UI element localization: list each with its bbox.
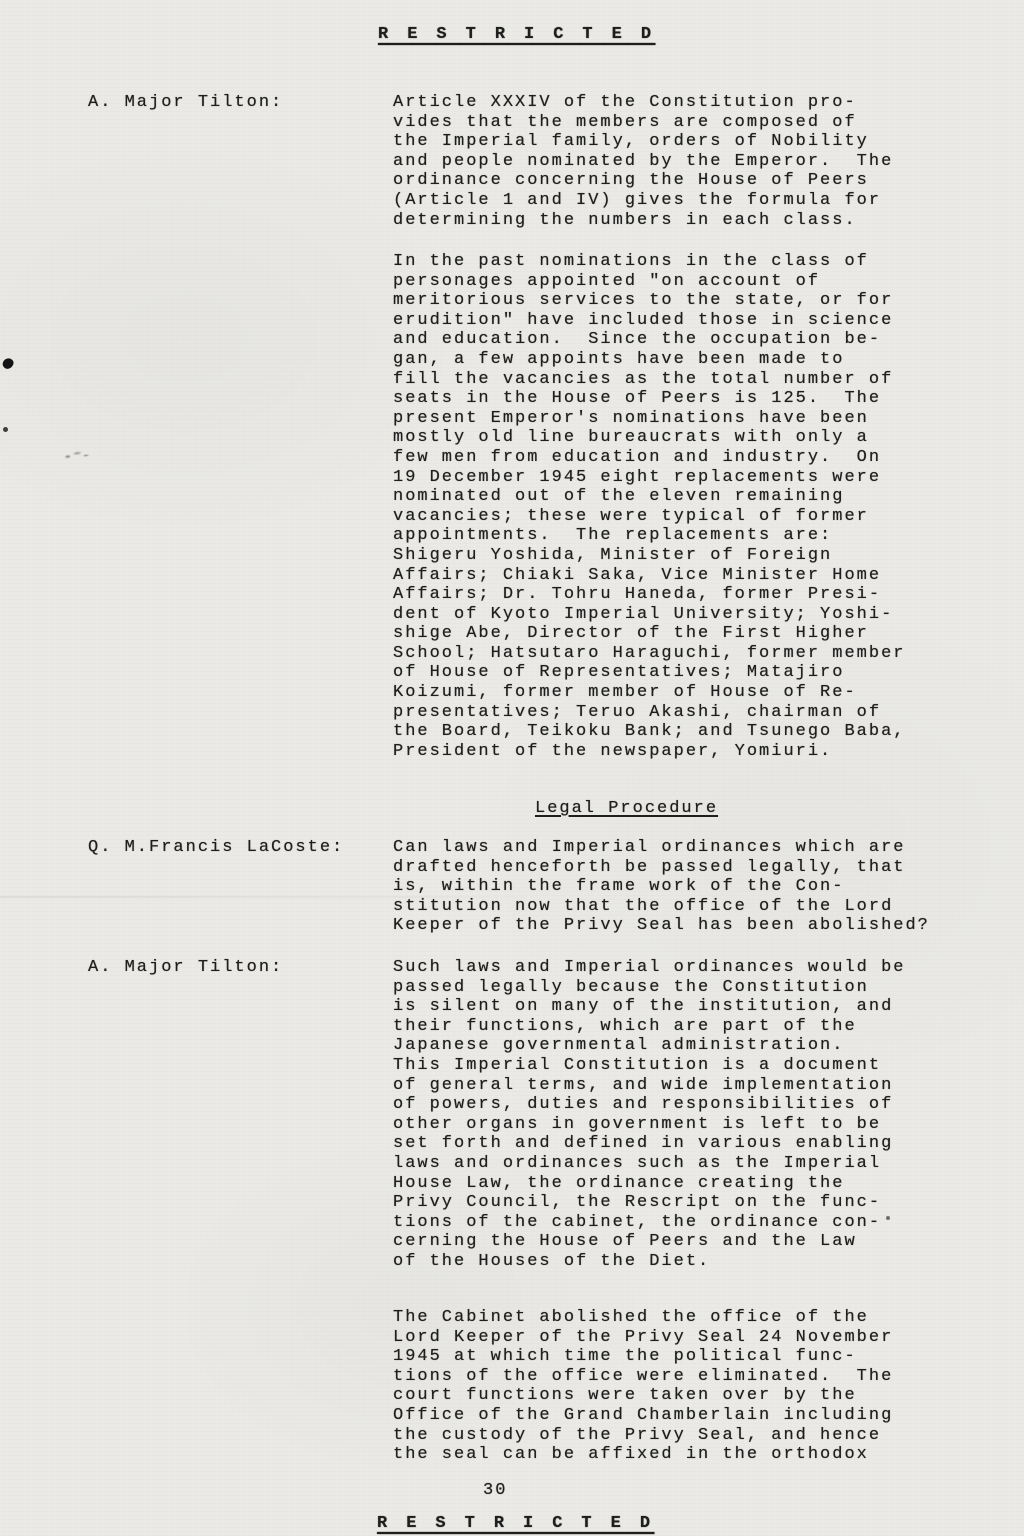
page-number: 30 bbox=[483, 1481, 507, 1501]
pencil-smudge bbox=[61, 447, 90, 461]
answer-paragraph-1: Article XXXIV of the Constitution pro- v… bbox=[393, 93, 938, 230]
answer-paragraph-2: In the past nominations in the class of … bbox=[393, 252, 938, 761]
classification-footer: R E S T R I C T E D bbox=[377, 1514, 654, 1534]
speaker-label-lacoste: Q. M.Francis LaCoste: bbox=[88, 838, 344, 858]
speaker-label-tilton-2: A. Major Tilton: bbox=[88, 958, 283, 978]
section-heading: Legal Procedure bbox=[535, 799, 718, 819]
scan-artifact-line bbox=[0, 896, 560, 898]
ink-dot bbox=[3, 427, 8, 432]
scanned-document-page: R E S T R I C T E D A. Major Tilton: Art… bbox=[0, 0, 1024, 1536]
question-paragraph: Can laws and Imperial ordinances which a… bbox=[393, 838, 938, 936]
speaker-label-tilton-1: A. Major Tilton: bbox=[88, 93, 283, 113]
stray-ink-dot bbox=[886, 1216, 890, 1220]
answer-paragraph-4: The Cabinet abolished the office of the … bbox=[393, 1308, 938, 1465]
answer-paragraph-3: Such laws and Imperial ordinances would … bbox=[393, 958, 938, 1272]
ink-speck bbox=[1, 356, 16, 371]
classification-header: R E S T R I C T E D bbox=[378, 25, 655, 45]
